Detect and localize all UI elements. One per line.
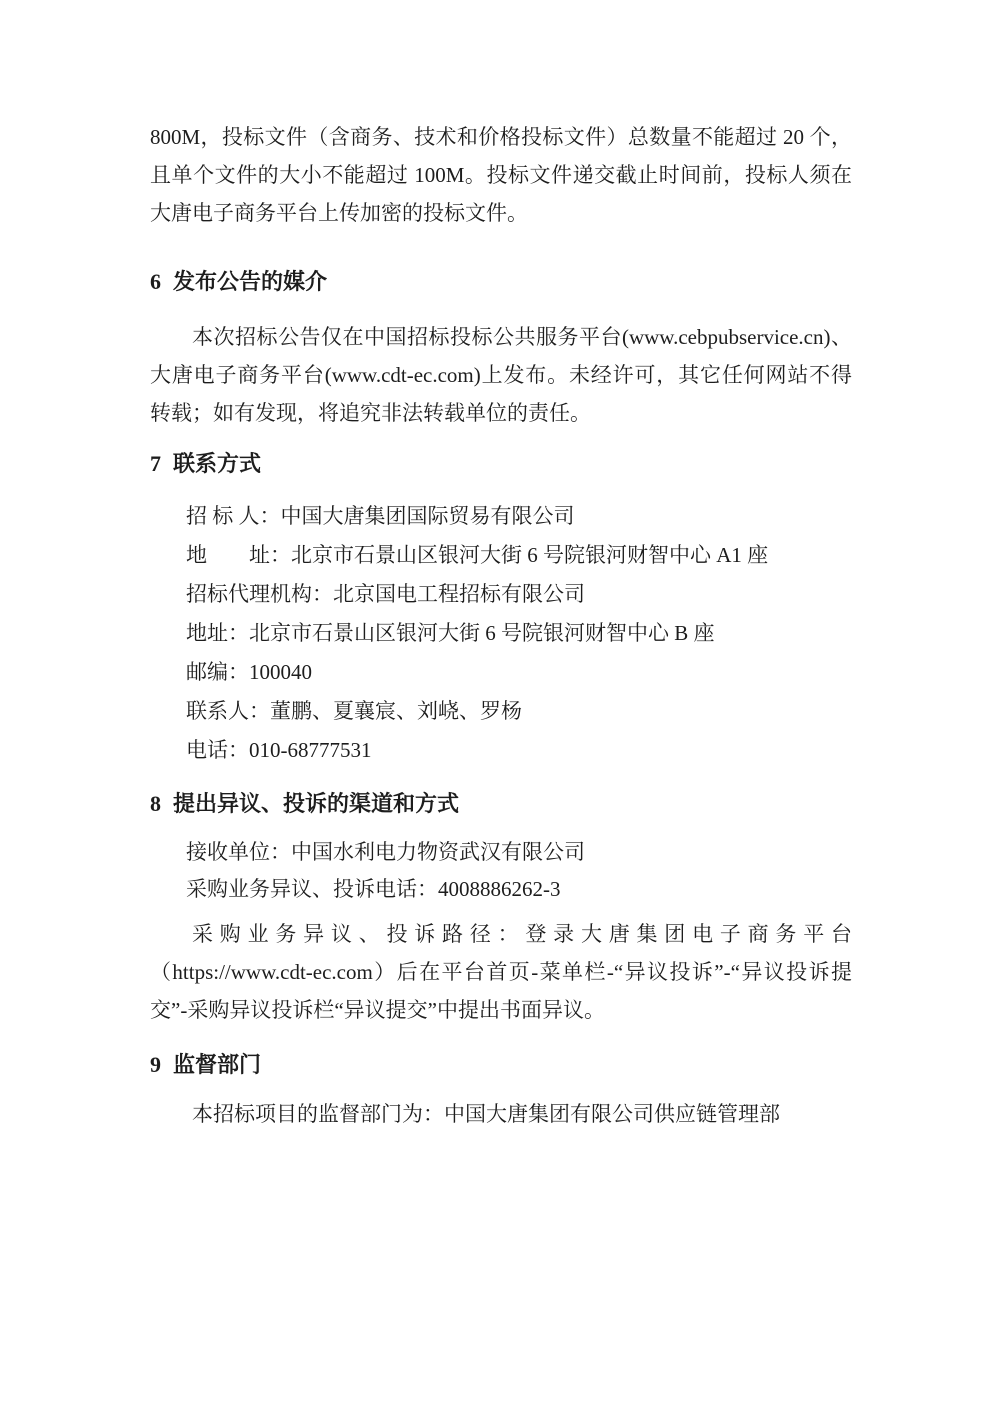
contact-line-phone: 电话：010-68777531 (186, 731, 852, 770)
complaint-info-block: 接收单位：中国水利电力物资武汉有限公司 采购业务异议、投诉电话：40088862… (150, 834, 852, 908)
contact-line-postcode: 邮编：100040 (186, 653, 852, 692)
section-8-title: 提出异议、投诉的渠道和方式 (173, 791, 459, 816)
section-9-heading: 9监督部门 (150, 1051, 852, 1079)
contact-line-address-a1: 地 址：北京市石景山区银河大街 6 号院银河财智中心 A1 座 (186, 536, 852, 575)
supervision-paragraph: 本招标项目的监督部门为：中国大唐集团有限公司供应链管理部 (150, 1095, 852, 1133)
complaint-line-receiver: 接收单位：中国水利电力物资武汉有限公司 (186, 834, 852, 871)
section-6-number: 6 (150, 269, 161, 294)
contact-line-contacts: 联系人：董鹏、夏襄宸、刘峣、罗杨 (186, 692, 852, 731)
section-6-heading: 6发布公告的媒介 (150, 268, 852, 296)
continuation-paragraph: 800M，投标文件（含商务、技术和价格投标文件）总数量不能超过 20 个，且单个… (150, 118, 852, 232)
complaint-line-phone: 采购业务异议、投诉电话：4008886262-3 (186, 871, 852, 908)
section-9-title: 监督部门 (173, 1052, 261, 1077)
section-6-title: 发布公告的媒介 (173, 269, 327, 294)
section-8-number: 8 (150, 791, 161, 816)
section-8-heading: 8提出异议、投诉的渠道和方式 (150, 790, 852, 818)
section-9-number: 9 (150, 1052, 161, 1077)
section-7-number: 7 (150, 451, 161, 476)
document-content: 800M，投标文件（含商务、技术和价格投标文件）总数量不能超过 20 个，且单个… (0, 0, 1000, 1133)
section-6-paragraph: 本次招标公告仅在中国招标投标公共服务平台(www.cebpubservice.c… (150, 318, 852, 432)
document-page: 800M，投标文件（含商务、技术和价格投标文件）总数量不能超过 20 个，且单个… (0, 0, 1000, 1414)
contact-line-address-b: 地址：北京市石景山区银河大街 6 号院银河财智中心 B 座 (186, 614, 852, 653)
contact-info-block: 招 标 人：中国大唐集团国际贸易有限公司 地 址：北京市石景山区银河大街 6 号… (150, 497, 852, 770)
complaint-path-paragraph: 采购业务异议、投诉路径：登录大唐集团电子商务平台（https://www.cdt… (150, 915, 852, 1029)
contact-line-tenderer: 招 标 人：中国大唐集团国际贸易有限公司 (186, 497, 852, 536)
contact-line-agency: 招标代理机构：北京国电工程招标有限公司 (186, 575, 852, 614)
section-7-title: 联系方式 (173, 451, 261, 476)
section-7-heading: 7联系方式 (150, 450, 852, 478)
